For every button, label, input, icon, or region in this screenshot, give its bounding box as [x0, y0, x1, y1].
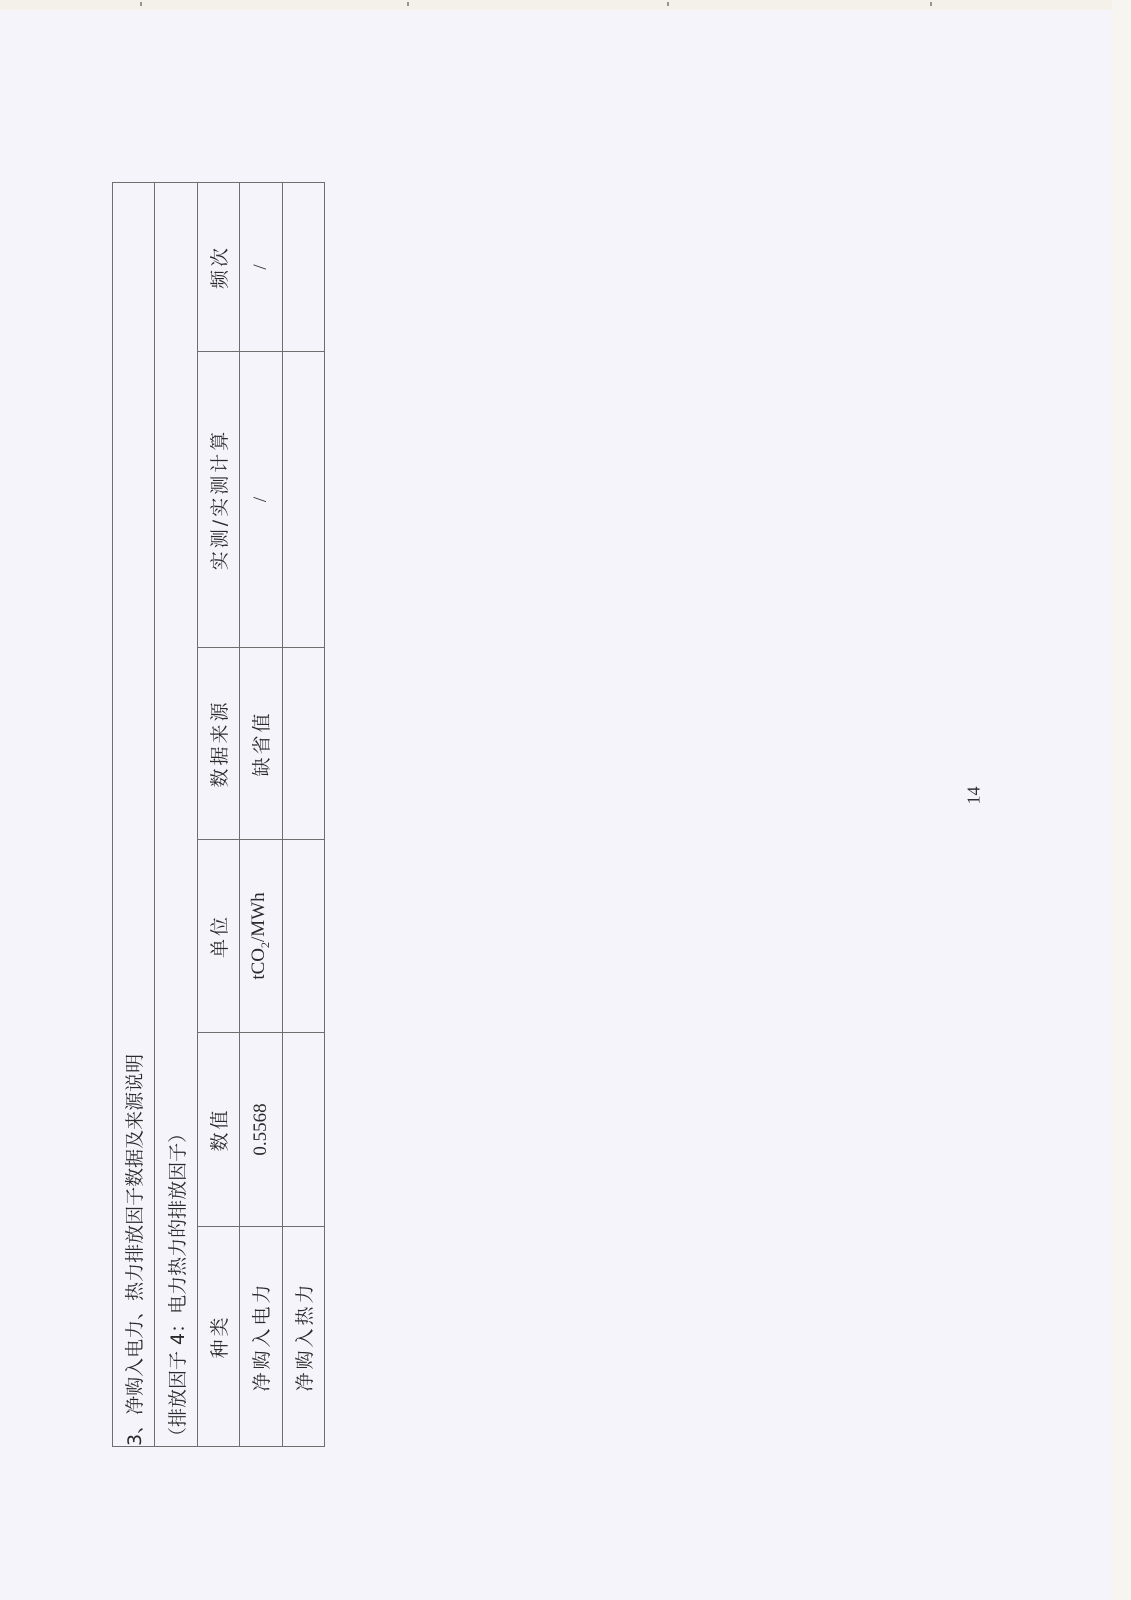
cell-type: 净购入热力: [282, 1227, 324, 1447]
page-edge: [1112, 0, 1131, 1600]
cell-measured: /: [240, 352, 282, 648]
scan-mark: [140, 2, 142, 6]
page-number: 14: [964, 787, 985, 805]
cell-frequency: [282, 183, 324, 352]
emission-factor-table: 3、净购入电力、热力排放因子数据及来源说明 （排放因子 4：电力热力的排放因子）…: [112, 182, 325, 1447]
cell-unit: [282, 840, 324, 1033]
cell-source: [282, 648, 324, 840]
header-unit: 单位: [197, 840, 239, 1033]
table-row: 净购入热力: [282, 183, 324, 1447]
cell-source: 缺省值: [240, 648, 282, 840]
factor-caption: （排放因子 4：电力热力的排放因子）: [155, 183, 197, 1447]
factor-caption-row: （排放因子 4：电力热力的排放因子）: [155, 183, 197, 1447]
scan-mark: [930, 2, 932, 6]
rotated-table-wrapper: 3、净购入电力、热力排放因子数据及来源说明 （排放因子 4：电力热力的排放因子）…: [112, 183, 325, 1447]
header-row: 种类 数值 单位 数据来源 实测/实测计算 频次: [197, 183, 239, 1447]
cell-unit: tCO2/MWh: [240, 840, 282, 1033]
cell-value: [282, 1033, 324, 1227]
header-type: 种类: [197, 1227, 239, 1447]
cell-frequency: /: [240, 183, 282, 352]
scan-mark: [407, 2, 409, 6]
cell-measured: [282, 352, 324, 648]
header-frequency: 频次: [197, 183, 239, 352]
header-measured: 实测/实测计算: [197, 352, 239, 648]
cell-type: 净购入电力: [240, 1227, 282, 1447]
section-title-row: 3、净购入电力、热力排放因子数据及来源说明: [113, 183, 155, 1447]
header-value: 数值: [197, 1033, 239, 1227]
header-source: 数据来源: [197, 648, 239, 840]
section-title: 3、净购入电力、热力排放因子数据及来源说明: [113, 183, 155, 1447]
table-row: 净购入电力 0.5568 tCO2/MWh 缺省值 / /: [240, 183, 282, 1447]
scan-mark: [667, 2, 669, 6]
cell-value: 0.5568: [240, 1033, 282, 1227]
